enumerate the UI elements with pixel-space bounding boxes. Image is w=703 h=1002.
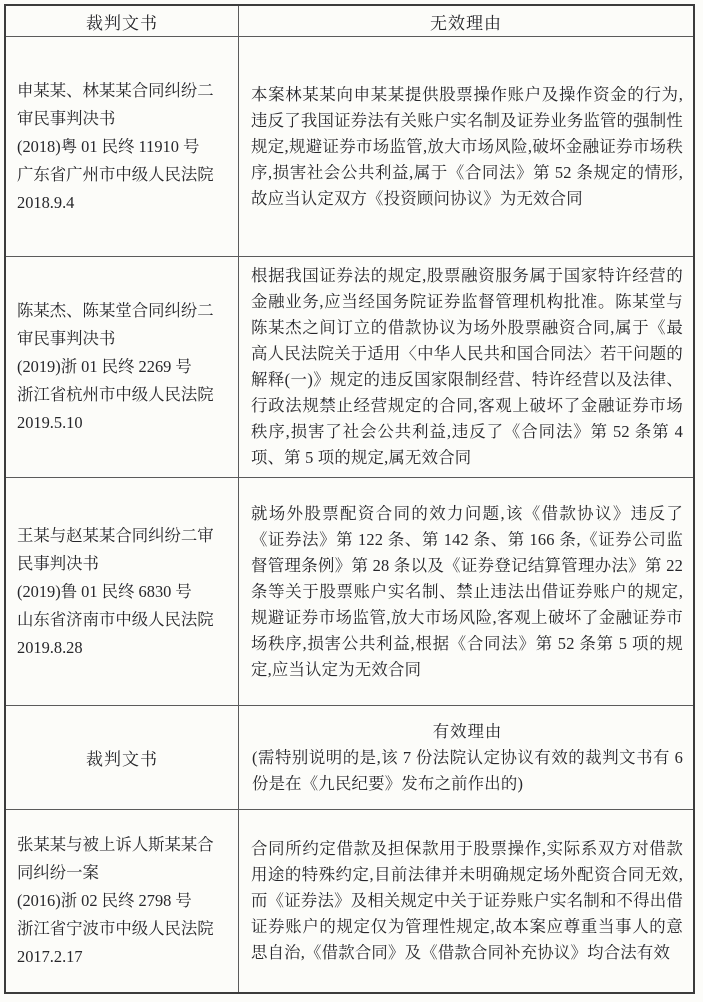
case-date: 2019.5.10	[17, 409, 230, 437]
valid-reason-text: 合同所约定借款及担保款用于股票操作,实际系双方对借款用途的特殊约定,目前法律并未…	[251, 836, 683, 966]
invalid-reason-text: 根据我国证券法的规定,股票融资服务属于国家特许经营的金融业务,应当经国务院证券监…	[251, 263, 683, 471]
case-court: 浙江省宁波市中级人民法院	[17, 915, 230, 943]
case-date: 2019.8.28	[17, 634, 230, 662]
header-cell-invalid-reason: 无效理由	[239, 6, 693, 36]
case-court: 山东省济南市中级人民法院	[17, 606, 230, 634]
header-label-valid-reason: 有效理由	[252, 719, 683, 745]
case-court: 浙江省杭州市中级人民法院	[17, 381, 230, 409]
case-cell-4: 张某某与被上诉人斯某某合同纠纷一案 (2016)浙 02 民终 2798 号 浙…	[6, 809, 239, 992]
case-court: 广东省广州市中级人民法院	[17, 161, 230, 189]
reason-cell-1: 本案林某某向申某某提供股票操作账户及操作资金的行为,违反了我国证券法有关账户实名…	[239, 36, 693, 256]
case-title: 张某某与被上诉人斯某某合同纠纷一案	[17, 831, 230, 887]
reason-cell-2: 根据我国证券法的规定,股票融资服务属于国家特许经营的金融业务,应当经国务院证券监…	[239, 256, 693, 477]
judgments-table: 裁判文书 无效理由 申某某、林某某合同纠纷二审民事判决书 (2018)粤 01 …	[4, 4, 695, 994]
case-cell-1: 申某某、林某某合同纠纷二审民事判决书 (2018)粤 01 民终 11910 号…	[6, 36, 239, 256]
case-number: (2019)浙 01 民终 2269 号	[17, 353, 230, 381]
case-number: (2019)鲁 01 民终 6830 号	[17, 578, 230, 606]
case-title: 申某某、林某某合同纠纷二审民事判决书	[17, 77, 230, 133]
case-title: 王某与赵某某合同纠纷二审民事判决书	[17, 522, 230, 578]
header-label-judgment-doc: 裁判文书	[86, 9, 158, 34]
invalid-reason-text: 本案林某某向申某某提供股票操作账户及操作资金的行为,违反了我国证券法有关账户实名…	[251, 82, 683, 212]
case-cell-2: 陈某杰、陈某堂合同纠纷二审民事判决书 (2019)浙 01 民终 2269 号 …	[6, 256, 239, 477]
case-date: 2017.2.17	[17, 943, 230, 971]
case-date: 2018.9.4	[17, 189, 230, 217]
case-number: (2016)浙 02 民终 2798 号	[17, 887, 230, 915]
header-label-invalid-reason: 无效理由	[430, 9, 502, 34]
case-number: (2018)粤 01 民终 11910 号	[17, 133, 230, 161]
reason-cell-4: 合同所约定借款及担保款用于股票操作,实际系双方对借款用途的特殊约定,目前法律并未…	[239, 809, 693, 992]
invalid-reason-text: 就场外股票配资合同的效力问题,该《借款协议》违反了《证券法》第 122 条、第 …	[251, 501, 683, 683]
header-cell-judgment-doc-invalid: 裁判文书	[6, 6, 239, 36]
header-cell-valid-reason: 有效理由 (需特别说明的是,该 7 份法院认定协议有效的裁判文书有 6 份是在《…	[239, 705, 693, 809]
reason-cell-3: 就场外股票配资合同的效力问题,该《借款协议》违反了《证券法》第 122 条、第 …	[239, 477, 693, 705]
scanned-document-page: 裁判文书 无效理由 申某某、林某某合同纠纷二审民事判决书 (2018)粤 01 …	[0, 0, 703, 1002]
case-title: 陈某杰、陈某堂合同纠纷二审民事判决书	[17, 297, 230, 353]
header-cell-judgment-doc-valid: 裁判文书	[6, 705, 239, 809]
header-label-judgment-doc: 裁判文书	[86, 745, 158, 770]
valid-reason-note: (需特别说明的是,该 7 份法院认定协议有效的裁判文书有 6 份是在《九民纪要》…	[252, 745, 683, 797]
case-cell-3: 王某与赵某某合同纠纷二审民事判决书 (2019)鲁 01 民终 6830 号 山…	[6, 477, 239, 705]
